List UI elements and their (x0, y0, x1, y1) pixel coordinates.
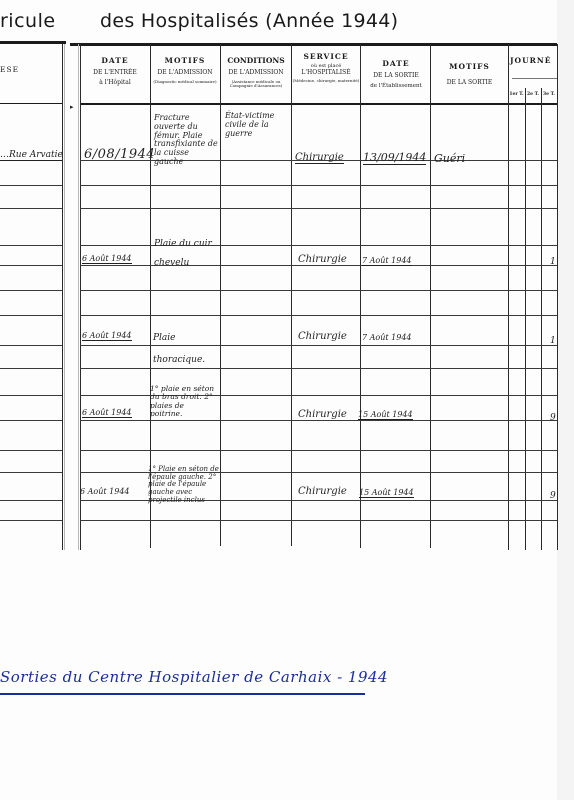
row-rule (0, 500, 62, 501)
column-rule (78, 44, 79, 550)
column-rule (508, 44, 509, 550)
entry-motifs-admission: Fracture ouverte du fémur. Plaie transfi… (154, 114, 220, 167)
top-rule-right (70, 43, 557, 46)
entry-motifs-admission: Plaie thoracique. (153, 328, 213, 371)
row-rule (0, 395, 62, 396)
entry-service: Chirurgie (298, 331, 347, 342)
row-rule (0, 368, 62, 369)
entry-journees-t3: 9 (550, 413, 556, 423)
column-rule (220, 44, 221, 546)
row-rule (0, 208, 62, 209)
entry-date-entree: 6 Août 1944 (82, 254, 132, 264)
entry-conditions: État-victime civile de la guerre (225, 112, 287, 138)
footer-handwritten-note: Sorties du Centre Hospitalier de Carhaix… (0, 668, 388, 686)
column-rule (80, 44, 81, 550)
top-rule-left (0, 41, 66, 44)
entry-service: Chirurgie (295, 152, 344, 164)
header-rule-left (0, 103, 62, 104)
row-rule (80, 450, 557, 451)
header-date-entree: DATE DE L'ENTRÉE à l'Hôpital (80, 57, 150, 89)
header-journees: JOURNÉ (510, 57, 574, 70)
entry-service: Chirurgie (298, 254, 347, 265)
header-date-sortie: DATE DE LA SORTIE de l'Établissement (361, 60, 431, 92)
row-rule (80, 345, 557, 346)
page-edge (557, 0, 574, 800)
entry-service: Chirurgie (298, 409, 347, 420)
header-journees-t3: 3e T. (541, 92, 557, 97)
row-rule (0, 315, 62, 316)
row-rule (80, 265, 557, 266)
entry-date-sortie: 7 Août 1944 (362, 333, 412, 342)
row-rule (80, 315, 557, 316)
entry-service: Chirurgie (298, 486, 347, 497)
row-marker-arrow: ▸ (70, 103, 74, 111)
entry-motifs-admission: 1° Plaie en séton de l'épaule gauche. 2°… (148, 466, 220, 504)
row-rule (80, 208, 557, 209)
header-motifs-admission: MOTIFS DE L'ADMISSION (Diagnostic médica… (150, 57, 220, 84)
journees-bracket (512, 78, 557, 79)
register-page: ricule des Hospitalisés (Année 1944) ESE… (0, 0, 574, 800)
entry-journees-t3: 9 (550, 491, 556, 501)
entry-motifs-admission: 1° plaie en séton du bras droit. 2° plai… (150, 385, 218, 418)
entry-date-entree: 6 Août 1944 (80, 487, 130, 496)
column-rule (525, 88, 526, 550)
header-address: ESE (0, 66, 20, 75)
row-rule (0, 345, 62, 346)
header-journees-t1: 1er T. (508, 92, 525, 97)
row-rule (0, 245, 62, 246)
row-rule (0, 420, 62, 421)
column-rule (62, 44, 63, 550)
header-journees-t2: 2e T. (525, 92, 541, 97)
column-rule (557, 44, 558, 550)
entry-date-entree: 6/08/1944 (84, 147, 155, 162)
page-title: des Hospitalisés (Année 1944) (100, 10, 398, 32)
entry-motifs-admission: Plaie du cuir chevelu (154, 235, 220, 273)
row-rule (80, 245, 557, 246)
row-rule (80, 368, 557, 369)
title-fragment: ricule (0, 10, 56, 32)
row-rule (0, 520, 62, 521)
entry-date-sortie: 7 Août 1944 (362, 256, 412, 266)
row-rule (80, 520, 557, 521)
header-conditions-admission: CONDITIONS DE L'ADMISSION (Assistance mé… (221, 57, 291, 89)
column-rule (64, 44, 65, 550)
entry-date-sortie: 15 Août 1944 (359, 488, 414, 498)
row-rule (0, 265, 62, 266)
row-rule (80, 290, 557, 291)
row-rule (0, 472, 62, 473)
footer-underline (0, 693, 365, 695)
column-rule (541, 88, 542, 550)
column-rule (291, 44, 292, 546)
header-rule-right (80, 103, 557, 105)
header-motifs-sortie: MOTIFS DE LA SORTIE (431, 63, 508, 90)
entry-date-sortie: 15 Août 1944 (358, 410, 413, 420)
entry-journees-t3: 1 (550, 257, 556, 267)
entry-journees-t3: 1 (550, 336, 556, 346)
entry-date-entree: 6 Août 1944 (82, 331, 132, 341)
header-service: SERVICE où est placé L'HOSPITALISÉ (Méde… (292, 53, 360, 84)
row-rule (0, 290, 62, 291)
entry-date-sortie: 13/09/1944 (363, 151, 426, 165)
row-rule (80, 185, 557, 186)
entry-date-entree: 6 Août 1944 (82, 408, 132, 418)
row-rule (80, 420, 557, 421)
row-rule (0, 185, 62, 186)
row-rule (0, 450, 62, 451)
entry-address: …Rue Arvatie (0, 150, 62, 161)
entry-motifs-sortie: Guéri (434, 152, 465, 165)
